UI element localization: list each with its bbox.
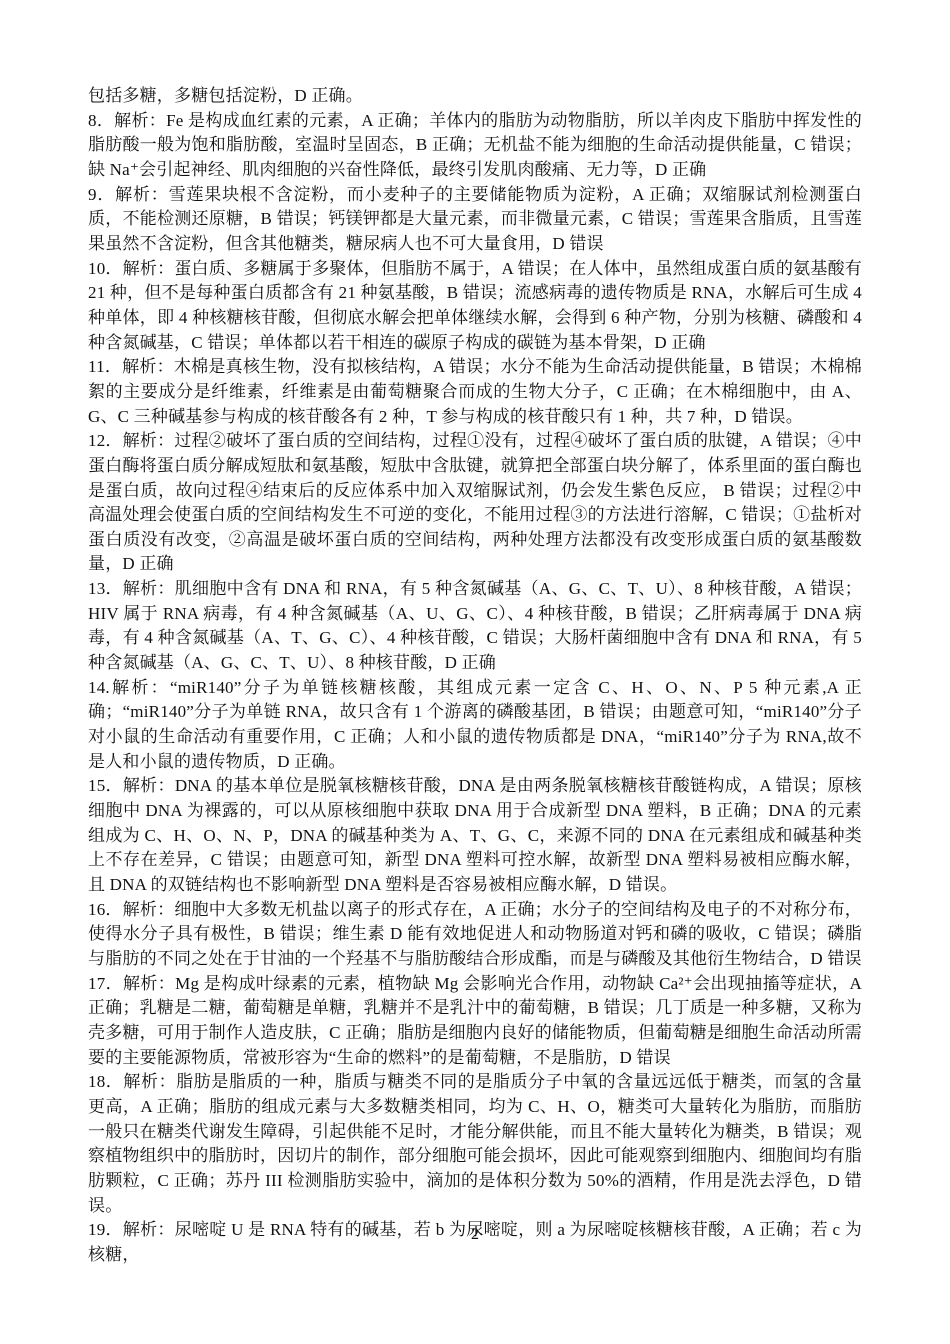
paragraph-continuation-7: 包括多糖，多糖包括淀粉，D 正确。: [88, 84, 862, 109]
paragraph-explanation-15: 15．解析：DNA 的基本单位是脱氧核糖核苷酸，DNA 是由两条脱氧核糖核苷酸链…: [88, 774, 862, 897]
paragraph-explanation-13: 13．解析：肌细胞中含有 DNA 和 RNA，有 5 种含氮碱基（A、G、C、T…: [88, 577, 862, 676]
document-page: 包括多糖，多糖包括淀粉，D 正确。 8．解析：Fe 是构成血红素的元素，A 正确…: [0, 0, 950, 1344]
paragraph-explanation-12: 12．解析：过程②破坏了蛋白质的空间结构，过程①没有，过程④破坏了蛋白质的肽键，…: [88, 429, 862, 577]
paragraph-explanation-11: 11．解析：木棉是真核生物，没有拟核结构，A 错误；水分不能为生命活动提供能量，…: [88, 355, 862, 429]
paragraph-explanation-18: 18．解析：脂肪是脂质的一种，脂质与糖类不同的是脂质分子中氧的含量远远低于糖类，…: [88, 1070, 862, 1218]
page-number: 2: [0, 1226, 950, 1244]
paragraph-explanation-16: 16．解析：细胞中大多数无机盐以离子的形式存在，A 正确；水分子的空间结构及电子…: [88, 898, 862, 972]
paragraph-explanation-14: 14.解析：“miR140”分子为单链核糖核酸，其组成元素一定含 C、H、O、N…: [88, 676, 862, 775]
paragraph-explanation-8: 8．解析：Fe 是构成血红素的元素，A 正确；羊体内的脂肪为动物脂肪，所以羊肉皮…: [88, 109, 862, 183]
paragraph-explanation-9: 9．解析：雪莲果块根不含淀粉，而小麦种子的主要储能物质为淀粉，A 正确；双缩脲试…: [88, 183, 862, 257]
paragraph-explanation-10: 10．解析：蛋白质、多糖属于多聚体，但脂肪不属于，A 错误；在人体中，虽然组成蛋…: [88, 257, 862, 356]
paragraph-explanation-17: 17．解析：Mg 是构成叶绿素的元素，植物缺 Mg 会影响光合作用，动物缺 Ca…: [88, 972, 862, 1071]
answer-explanations-text: 包括多糖，多糖包括淀粉，D 正确。 8．解析：Fe 是构成血红素的元素，A 正确…: [88, 84, 862, 1268]
